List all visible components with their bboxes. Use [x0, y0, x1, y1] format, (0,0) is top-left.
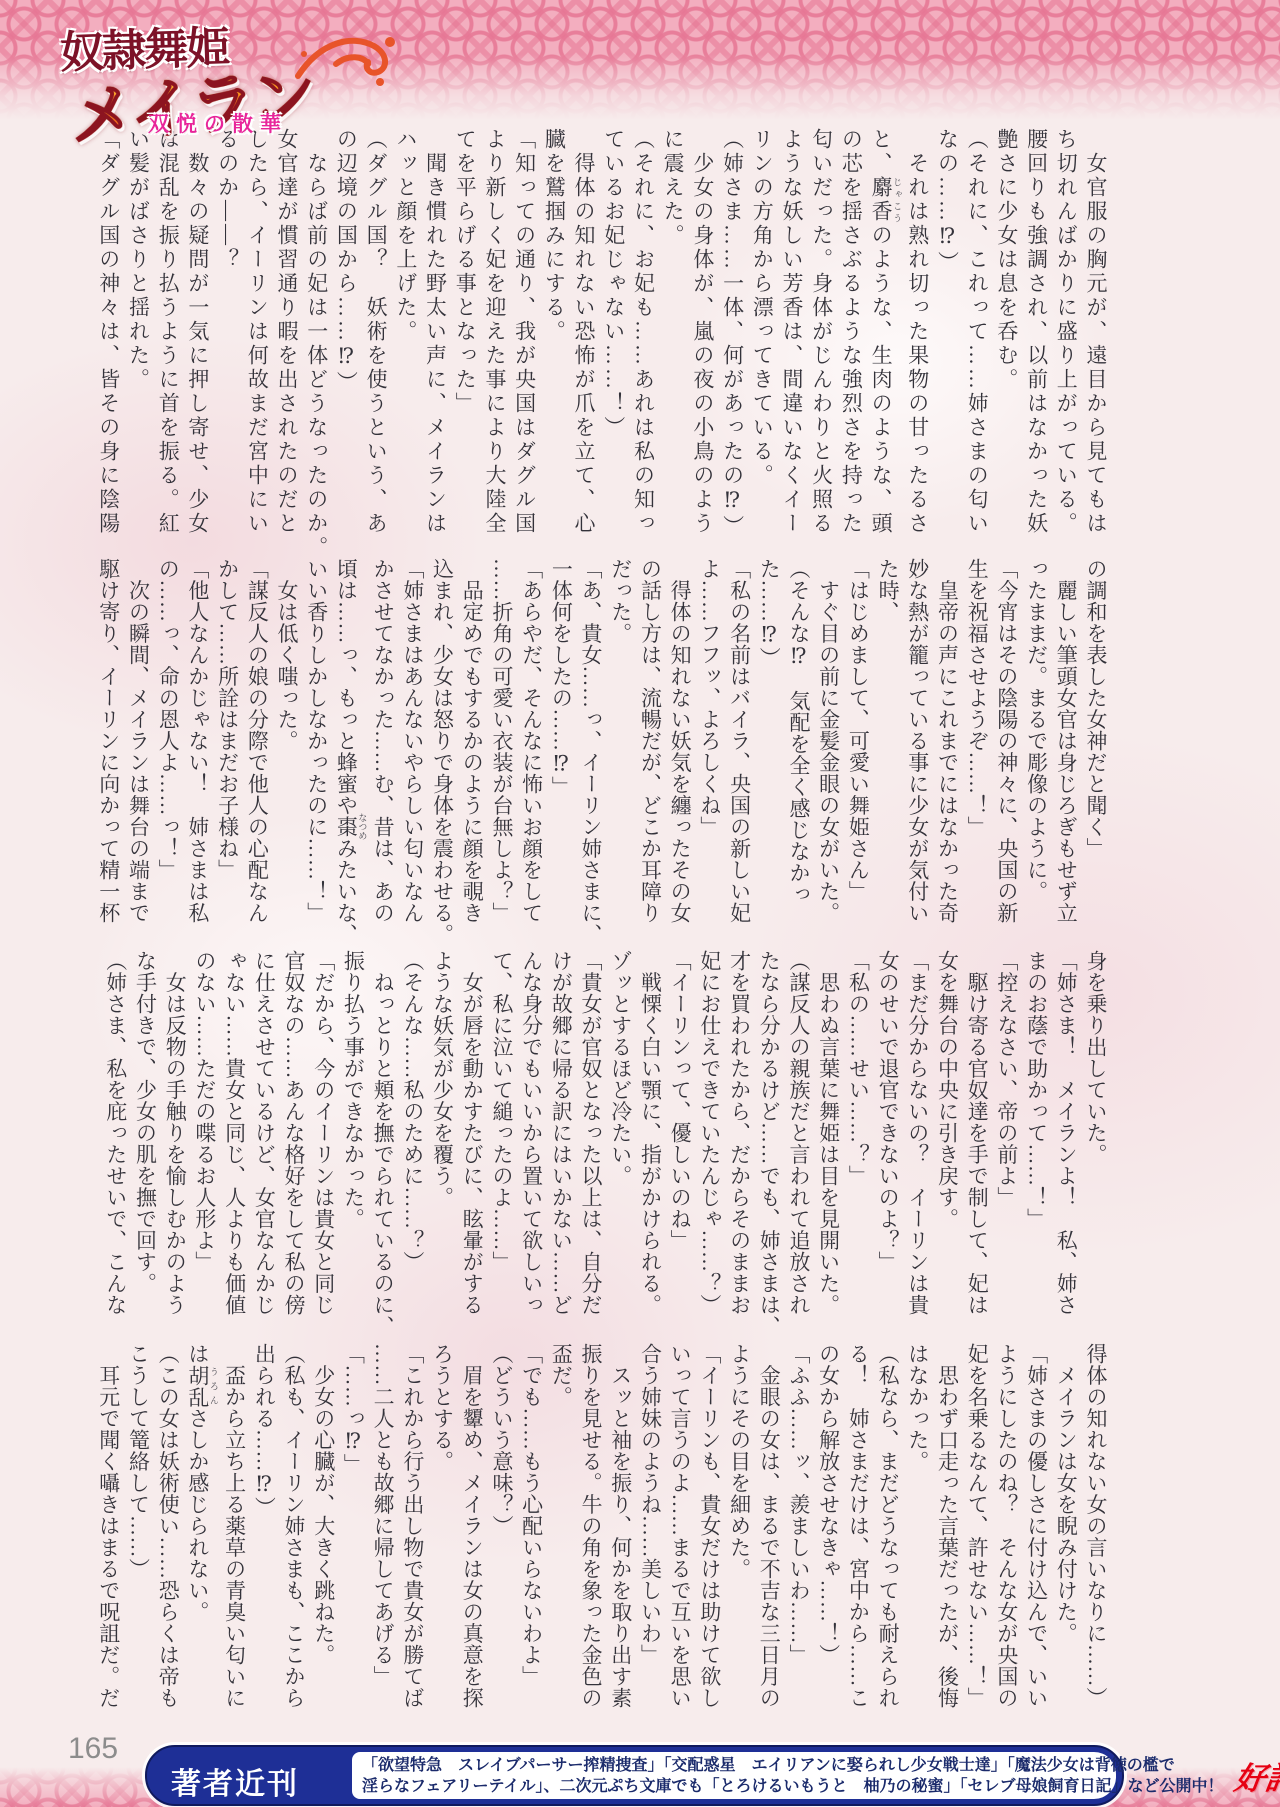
text-column: 「姉さまはあんないやらしい匂いなん — [397, 558, 427, 926]
text-column: 戦慄く白い顎に、指がかけられる。 — [635, 950, 665, 1314]
footer-works-box: 「欲望特急 スレイブパーサー搾精捜査」「交配惑星 エイリアンに娶られし少女戦士達… — [352, 1752, 1116, 1799]
text-column: ようにしたのね？ そんな女が央国の — [991, 1343, 1021, 1715]
text-column: 女のせいで退官できないのよ？」 — [872, 950, 902, 1314]
text-column: 耳元で聞く囁きはまるで呪詛だ。だ — [93, 1343, 123, 1715]
book-page: 奴隷舞姫 メイラン 双悦の散華 女官服の胸元が、遠目から見てもはち切れんばかりに… — [0, 0, 1280, 1807]
text-column: （そんな⁉ 気配を全く感じなかっ — [783, 558, 813, 926]
text-column: 妃を名乗るなんて、許せない……！」 — [961, 1343, 991, 1715]
text-column: 得体の知れない妖気を纏ったその女 — [664, 558, 694, 926]
text-column: 「控えなさい、帝の前よ」 — [991, 950, 1021, 1314]
text-column: より新しく妃を迎えた事により大陸全 — [479, 128, 509, 540]
text-column: た……⁉） — [754, 558, 784, 926]
on-sale-badge: 好評発売中！ — [1232, 1753, 1280, 1798]
text-column: ねっとりと頬を撫でられているのに、 — [367, 950, 397, 1314]
text-column: て、私に泣いて縋ったのよ……」 — [486, 950, 516, 1314]
text-column: ったままだ。まるで彫像のように。 — [1021, 558, 1051, 926]
text-column: 皇帝の声にこれまでにはなかった奇 — [932, 558, 962, 926]
text-column: 品定めでもするかのように顔を覗き — [457, 558, 487, 926]
text-column: 眉を顰め、メイランは女の真意を探 — [457, 1343, 487, 1715]
text-column: （どういう意味？） — [486, 1343, 516, 1715]
text-column: 女官達が慣習通り暇を出されたのだと — [271, 128, 301, 540]
text-column: 妃にお仕えできていたんじゃ……？） — [694, 950, 724, 1314]
text-column: ような妖しい芳香は、間違いなくイー — [776, 128, 806, 540]
text-column: 込まれ、少女は怒りで身体を震わせる。 — [427, 558, 457, 926]
text-column: （そんな……私のために……？） — [397, 950, 427, 1314]
text-column: 「あらやだ、そんなに怖いお顔をして — [516, 558, 546, 926]
text-column: 女官服の胸元が、遠目から見てもは — [1080, 128, 1110, 540]
text-column: 「貴女が官奴となった以上は、自分だ — [575, 950, 605, 1314]
text-column: 「謀反人の娘の分際で他人の心配なん — [242, 558, 272, 926]
text-column: 「姉さまの優しさに付け込んで、いい — [1021, 1343, 1051, 1715]
page-number: 165 — [68, 1732, 118, 1766]
text-column: んな身分でもいいから置いて欲しいっ — [516, 950, 546, 1314]
text-column: た時、 — [872, 558, 902, 926]
text-column: 思わぬ言葉に舞姫は目を見開いた。 — [813, 950, 843, 1314]
text-column: （それに、お妃も……あれは私の知っ — [628, 128, 658, 540]
text-column: 女が唇を動かすたびに、眩暈がする — [457, 950, 487, 1314]
text-column: メイランは女を睨み付けた。 — [1051, 1343, 1081, 1715]
text-column: 「これから行う出し物で貴女が勝てば — [397, 1343, 427, 1715]
text-column: まのお蔭で助かって……！」 — [1021, 950, 1051, 1314]
text-column: ……折角の可愛い衣装が台無しよ？」 — [486, 558, 516, 926]
text-column: 艶さに少女は息を呑む。 — [991, 128, 1021, 540]
text-band-3: 身を乗り出していた。「姉さま！ メイランよ！ 私、姉さまのお蔭で助かって……！」… — [98, 950, 1110, 1314]
text-column: 「あ、貴女……っ、イーリン姉さまに、 — [575, 558, 605, 926]
text-column: （この女は妖術使い……恐らくは帝も — [153, 1343, 183, 1715]
text-column: に仕えさせているけど、女官なんかじ — [249, 950, 279, 1314]
text-column: 女は低く嗤った。 — [271, 558, 301, 926]
text-column: の辺境の国から……⁉） — [331, 128, 361, 540]
text-column: たなら分かるけど……でも、姉さまは、 — [754, 950, 784, 1314]
text-column: の芯を揺さぶるような強烈さを持った — [836, 128, 866, 540]
text-column: 得体の知れない女の言いなりに……） — [1080, 1343, 1110, 1715]
text-column: （私も、イーリン姉さまも、ここから — [278, 1343, 308, 1715]
text-column: ゃない……貴女と同じ、人よりも価値 — [219, 950, 249, 1314]
text-column: るのか——？ — [212, 128, 242, 540]
footer-works-line1: 「欲望特急 スレイブパーサー搾精捜査」「交配惑星 エイリアンに娶られし少女戦士達… — [362, 1755, 1223, 1776]
footer-works-line2: 淫らなフェアリーテイル」、二次元ぷち文庫でも「とろけるいもうと 柚乃の秘蜜」「セ… — [362, 1776, 1223, 1797]
text-column: 女は反物の手触りを愉しむかのよう — [160, 950, 190, 1314]
text-column: 「ダグル国の神々は、皆その身に陰陽 — [93, 128, 123, 540]
text-column: 身を乗り出していた。 — [1080, 950, 1110, 1314]
author-works-footer: 著者近刊 「欲望特急 スレイブパーサー搾精捜査」「交配惑星 エイリアンに娶られし… — [145, 1745, 1124, 1806]
text-column: 官奴なの……あんな格好をして私の傍 — [278, 950, 308, 1314]
text-column: 生を祝福させようぞ……！」 — [961, 558, 991, 926]
text-column: ハッと顔を上げた。 — [390, 128, 420, 540]
text-column: 盃だ。 — [546, 1343, 576, 1715]
text-column: 「ふふ……ッ、羨ましいわ……」 — [783, 1343, 813, 1715]
text-column: ろうとする。 — [427, 1343, 457, 1715]
text-column: （謀反人の親族だと言われて追放され — [783, 950, 813, 1314]
text-column: 駆け寄り、イーリンに向かって精一杯 — [93, 558, 123, 926]
text-column: 才を買われたから、だからそのままお — [724, 950, 754, 1314]
footer-works-text: 「欲望特急 スレイブパーサー搾精捜査」「交配惑星 エイリアンに娶られし少女戦士達… — [352, 1753, 1233, 1799]
text-column: スッと袖を振り、何かを取り出す素 — [605, 1343, 635, 1715]
text-column: 臓を鷲掴みにする。 — [539, 128, 569, 540]
text-column: は混乱を振り払うように首を振る。紅 — [153, 128, 183, 540]
text-column: 「だから、今のイーリンは貴女と同じ — [308, 950, 338, 1314]
text-column: 「でも……もう心配いらないわよ」 — [516, 1343, 546, 1715]
text-column: はなかった。 — [902, 1343, 932, 1715]
title-logo: 奴隷舞姫 メイラン 双悦の散華 — [52, 8, 382, 138]
text-column: ているお妃じゃない……！） — [598, 128, 628, 540]
text-column: ゾッとするほど冷たい。 — [605, 950, 635, 1314]
text-column: 出られる……⁉） — [249, 1343, 279, 1715]
text-column: 数々の疑問が一気に押し寄せ、少女 — [182, 128, 212, 540]
text-column: 「イーリンって、優しいのね」 — [664, 950, 694, 1314]
text-column: 「まだ分からないの？ イーリンは貴 — [902, 950, 932, 1314]
text-column: 一体何をしたの……⁉」 — [546, 558, 576, 926]
text-column: と、麝香じゃこうのような、生肉のような、頭 — [865, 128, 902, 540]
text-band-1: 女官服の胸元が、遠目から見てもはち切れんばかりに盛り上がっている。腰回りも強調さ… — [98, 128, 1110, 540]
text-column: 駆け寄る官奴達を手で制して、妃は — [961, 950, 991, 1314]
text-column: 「姉さま！ メイランよ！ 私、姉さ — [1051, 950, 1081, 1314]
text-column: の女から解放させなきゃ……！） — [813, 1343, 843, 1715]
text-column: ならば前の妃は一体どうなったのか。 — [301, 128, 331, 540]
text-column: 盃から立ち上る薬草の青臭い匂いに — [219, 1343, 249, 1715]
text-column: だった。 — [605, 558, 635, 926]
text-column: 「今宵はその陰陽の神々に、央国の新 — [991, 558, 1021, 926]
text-column: 得体の知れない恐怖が爪を立て、心 — [568, 128, 598, 540]
text-column: 麗しい筆頭女官は身じろぎもせず立 — [1051, 558, 1081, 926]
text-column: 振り払う事ができなかった。 — [338, 950, 368, 1314]
text-column: （ダグル国？ 妖術を使うという、あ — [360, 128, 390, 540]
text-column: すぐ目の前に金髪金眼の女がいた。 — [813, 558, 843, 926]
text-column: それは熟れ切った果物の甘ったるさ — [902, 128, 932, 540]
text-column: 頃は……っ、もっと蜂蜜や棗なつめみたいな、 — [331, 558, 368, 926]
text-column: 振りを見せる。牛の角を象った金色の — [575, 1343, 605, 1715]
text-column: （それに、これって……姉さまの匂い — [961, 128, 991, 540]
text-column: 腰回りも強調され、以前はなかった妖 — [1021, 128, 1051, 540]
text-column: （姉さま、私を庇ったせいで、こんな — [100, 950, 130, 1314]
text-column: 女を舞台の中央に引き戻す。 — [932, 950, 962, 1314]
text-column: 聞き慣れた野太い声に、メイランは — [420, 128, 450, 540]
text-column: 「イーリンも、貴女だけは助けて欲し — [694, 1343, 724, 1715]
footer-label: 著者近刊 — [171, 1759, 341, 1803]
text-column: したら、イーリンは何故まだ宮中にい — [242, 128, 272, 540]
text-band-2: の調和を表した女神だと聞く」 麗しい筆頭女官は身じろぎもせず立ったままだ。まるで… — [98, 558, 1110, 926]
text-column: 「他人なんかじゃない！ 姉さまは私 — [182, 558, 212, 926]
text-column: なの……⁉） — [932, 128, 962, 540]
text-column: ようにその目を細めた。 — [724, 1343, 754, 1715]
text-column: かさせてなかった……む、昔は、あの — [367, 558, 397, 926]
text-column: 金眼の女は、まるで不吉な三日月の — [754, 1343, 784, 1715]
text-column: 少女の心臓が、大きく跳ねた。 — [308, 1343, 338, 1715]
text-column: 「……っ⁉」 — [338, 1343, 368, 1715]
text-column: に震えた。 — [657, 128, 687, 540]
text-column: いい香りしかしなかったのに……！」 — [301, 558, 331, 926]
text-column: （姉さま……一体、何があったの⁉） — [717, 128, 747, 540]
text-column: ち切れんばかりに盛り上がっている。 — [1051, 128, 1081, 540]
text-column: けが故郷に帰る訳にはいかない……ど — [546, 950, 576, 1314]
text-column: 「知っての通り、我が央国はダグル国 — [509, 128, 539, 540]
text-column: いって言うのよ……まるで互いを思い — [664, 1343, 694, 1715]
text-column: い髪がばさりと揺れた。 — [123, 128, 153, 540]
text-column: こうして篭絡して……） — [123, 1343, 153, 1715]
text-column: な手付きで、少女の肌を撫で回す。 — [130, 950, 160, 1314]
text-column: 妙な熱が籠っている事に少女が気付い — [902, 558, 932, 926]
logo-subtitle: 双悦の散華 — [148, 108, 288, 138]
text-column: ような妖気が少女を覆う。 — [427, 950, 457, 1314]
text-column: 「私の……せい……？」 — [843, 950, 873, 1314]
text-column: 思わず口走った言葉だったが、後悔 — [932, 1343, 962, 1715]
text-column: 「はじめまして、可愛い舞姫さん」 — [843, 558, 873, 926]
text-column: る！ 姉さまだけは、宮中から……こ — [843, 1343, 873, 1715]
text-column: 少女の身体が、嵐の夜の小鳥のよう — [687, 128, 717, 540]
text-column: ……二人とも故郷に帰してあげる」 — [367, 1343, 397, 1715]
text-column: 匂いだった。身体がじんわりと火照る — [806, 128, 836, 540]
text-column: の調和を表した女神だと聞く」 — [1080, 558, 1110, 926]
text-column: かして……所詮はまだお子様ね」 — [212, 558, 242, 926]
text-column: は胡乱うろんさしか感じられない。 — [182, 1343, 219, 1715]
text-column: 次の瞬間、メイランは舞台の端まで — [123, 558, 153, 926]
text-column: てを平らげる事となった」 — [450, 128, 480, 540]
text-column: よ……フフッ、よろしくね」 — [694, 558, 724, 926]
text-column: の……っ、命の恩人よ……っ！」 — [153, 558, 183, 926]
text-band-4: 得体の知れない女の言いなりに……） メイランは女を睨み付けた。「姉さまの優しさに… — [98, 1343, 1110, 1715]
text-column: リンの方角から漂ってきている。 — [747, 128, 777, 540]
text-column: のない……ただの喋るお人形よ」 — [189, 950, 219, 1314]
text-column: （私なら、まだどうなっても耐えられ — [872, 1343, 902, 1715]
text-column: 「私の名前はバイラ、央国の新しい妃 — [724, 558, 754, 926]
text-column: 合う姉妹のようね……美しいわ」 — [635, 1343, 665, 1715]
text-column: の話し方は、流暢だが、どこか耳障り — [635, 558, 665, 926]
